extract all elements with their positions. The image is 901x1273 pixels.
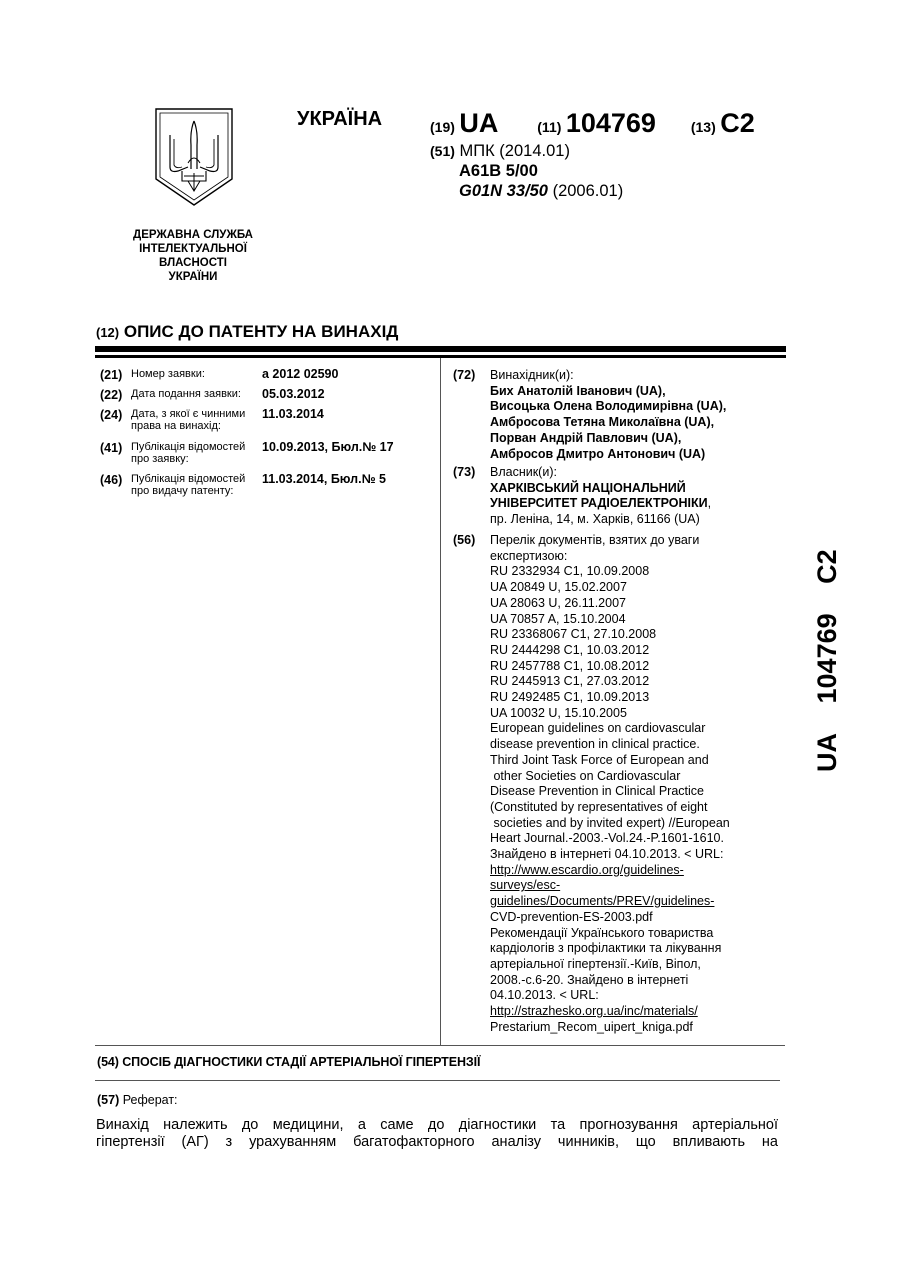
code-11: (11): [537, 119, 561, 135]
field-code: (46): [100, 474, 122, 486]
inventor-name: Порван Андрій Павлович (UA),: [490, 431, 790, 447]
references-label: Перелік документів, взятих до уваги: [490, 533, 790, 549]
column-divider: [440, 358, 441, 1045]
reference-line: (Constituted by representatives of eight: [490, 800, 790, 816]
reference-link[interactable]: surveys/esc-: [490, 878, 790, 894]
reference-line: UA 10032 U, 15.10.2005: [490, 706, 790, 722]
abstract-text: Винахід належить до медицини, а саме до …: [96, 1117, 778, 1151]
reference-line: RU 2457788 C1, 10.08.2012: [490, 659, 790, 675]
reference-line: RU 2332934 C1, 10.09.2008: [490, 564, 790, 580]
abstract-line: Винахід належить до медицини, а саме до …: [96, 1117, 778, 1134]
trident-icon: [154, 107, 234, 207]
references-label: експертизою:: [490, 549, 790, 565]
code-57: (57): [97, 1093, 119, 1107]
side-kind-code: C2: [812, 549, 842, 584]
reference-line: Third Joint Task Force of European and: [490, 753, 790, 769]
reference-line: 04.10.2013. < URL:: [490, 988, 790, 1004]
reference-line: артеріальної гіпертензії.-Київ, Віпол,: [490, 957, 790, 973]
reference-line: RU 2444298 C1, 10.03.2012: [490, 643, 790, 659]
divider: [95, 1080, 780, 1081]
code-54: (54): [97, 1055, 119, 1069]
reference-line: Prestarium_Recom_uipert_kniga.pdf: [490, 1020, 790, 1036]
field-value: 10.09.2013, Бюл.№ 17: [262, 441, 394, 453]
kind-code: C2: [720, 108, 755, 138]
code-13: (13): [691, 119, 716, 135]
field-value: 11.03.2014: [262, 408, 324, 420]
reference-line: Рекомендації Українського товариства: [490, 926, 790, 942]
reference-line: RU 2445913 C1, 27.03.2012: [490, 674, 790, 690]
field-code: (72): [453, 368, 475, 384]
inventor-name: Бих Анатолій Іванович (UA),: [490, 384, 790, 400]
field-code: (41): [100, 442, 122, 454]
agency-line: ДЕРЖАВНА СЛУЖБА: [118, 228, 268, 242]
reference-line: Знайдено в інтернеті 04.10.2013. < URL:: [490, 847, 790, 863]
reference-link[interactable]: guidelines/Documents/PREV/guidelines-: [490, 894, 790, 910]
punctuation: ,: [708, 496, 711, 510]
agency-line: УКРАЇНИ: [118, 270, 268, 284]
country-code: UA: [459, 108, 498, 138]
code-51: (51): [430, 143, 455, 159]
abstract-line: гіпертензії (АГ) з урахуванням багатофак…: [96, 1134, 778, 1151]
invention-title: (54) СПОСІБ ДІАГНОСТИКИ СТАДІЇ АРТЕРІАЛЬ…: [97, 1055, 480, 1069]
field-value: 05.03.2012: [262, 388, 325, 400]
reference-line: кардіологів з профілактики та лікування: [490, 941, 790, 957]
reference-line: UA 20849 U, 15.02.2007: [490, 580, 790, 596]
side-patent-label: UA 104769 C2: [812, 527, 843, 772]
reference-link[interactable]: http://strazhesko.org.ua/inc/materials/: [490, 1004, 790, 1020]
inventor-name: Висоцька Олена Володимирівна (UA),: [490, 399, 790, 415]
owner-name: УНІВЕРСИТЕТ РАДІОЕЛЕКТРОНІКИ: [490, 496, 708, 510]
ipc-classification: (51) МПК (2014.01) A61B 5/00 G01N 33/50 …: [430, 141, 623, 201]
country-name: УКРАЇНА: [297, 108, 382, 131]
inventor-name: Амбросова Тетяна Миколаївна (UA),: [490, 415, 790, 431]
owner-label: Власник(и):: [490, 465, 790, 481]
field-label: Публікація відомостей про видачу патенту…: [131, 473, 261, 497]
field-value: a 2012 02590: [262, 368, 338, 380]
agency-line: ІНТЕЛЕКТУАЛЬНОЇ: [118, 242, 268, 256]
reference-line: European guidelines on cardiovascular: [490, 721, 790, 737]
field-value: 11.03.2014, Бюл.№ 5: [262, 473, 386, 485]
ipc-class-2: G01N 33/50: [459, 182, 548, 200]
divider: [95, 1045, 785, 1046]
reference-line: RU 23368067 C1, 27.10.2008: [490, 627, 790, 643]
reference-line: Disease Prevention in Clinical Practice: [490, 784, 790, 800]
coat-of-arms-emblem: [154, 107, 234, 207]
agency-line: ВЛАСНОСТІ: [118, 256, 268, 270]
reference-line: Heart Journal.-2003.-Vol.24.-P.1601-1610…: [490, 831, 790, 847]
inventors-label: Винахідник(и):: [490, 368, 790, 384]
inventor-name: Амбросов Дмитро Антонович (UA): [490, 447, 790, 463]
ipc-title: МПК (2014.01): [460, 142, 570, 160]
reference-line: UA 28063 U, 26.11.2007: [490, 596, 790, 612]
field-code: (73): [453, 465, 475, 481]
field-code: (22): [100, 389, 122, 401]
reference-line: CVD-prevention-ES-2003.pdf: [490, 910, 790, 926]
field-code: (24): [100, 409, 122, 421]
reference-line: UA 70857 A, 15.10.2004: [490, 612, 790, 628]
field-label: Дата подання заявки:: [131, 388, 261, 400]
patent-identifiers: (19) UA (11) 104769 (13) C2: [430, 108, 755, 139]
field-code: (56): [453, 533, 475, 549]
abstract-label: (57) Реферат:: [97, 1093, 178, 1107]
reference-line: 2008.-с.6-20. Знайдено в інтернеті: [490, 973, 790, 989]
document-type-title: ОПИС ДО ПАТЕНТУ НА ВИНАХІД: [124, 322, 399, 341]
field-label: Номер заявки:: [131, 368, 261, 380]
side-patent-number: 104769: [812, 613, 842, 703]
patent-number: 104769: [566, 108, 656, 138]
reference-line: societies and by invited expert) //Europ…: [490, 816, 790, 832]
reference-line: disease prevention in clinical practice.: [490, 737, 790, 753]
reference-link[interactable]: http://www.escardio.org/guidelines-: [490, 863, 790, 879]
side-country-code: UA: [812, 733, 842, 772]
ipc-class-2-year: (2006.01): [553, 182, 624, 200]
code-12: (12): [96, 325, 119, 340]
document-type: (12) ОПИС ДО ПАТЕНТУ НА ВИНАХІД: [96, 322, 398, 342]
owner-name: ХАРКІВСЬКИЙ НАЦІОНАЛЬНИЙ: [490, 481, 790, 497]
reference-line: RU 2492485 C1, 10.09.2013: [490, 690, 790, 706]
field-label: Дата, з якої є чинними права на винахід:: [131, 408, 261, 432]
code-19: (19): [430, 119, 455, 135]
field-label: Публікація відомостей про заявку:: [131, 441, 261, 465]
reference-line: other Societies on Cardiovascular: [490, 769, 790, 785]
agency-name: ДЕРЖАВНА СЛУЖБА ІНТЕЛЕКТУАЛЬНОЇ ВЛАСНОСТ…: [118, 228, 268, 284]
owner-address: пр. Леніна, 14, м. Харків, 61166 (UA): [490, 512, 790, 528]
invention-title-text: СПОСІБ ДІАГНОСТИКИ СТАДІЇ АРТЕРІАЛЬНОЇ Г…: [122, 1055, 480, 1069]
field-code: (21): [100, 369, 122, 381]
abstract-label-text: Реферат:: [123, 1093, 178, 1107]
ipc-class-1: A61B 5/00: [430, 161, 623, 181]
divider-thick: [95, 346, 786, 352]
